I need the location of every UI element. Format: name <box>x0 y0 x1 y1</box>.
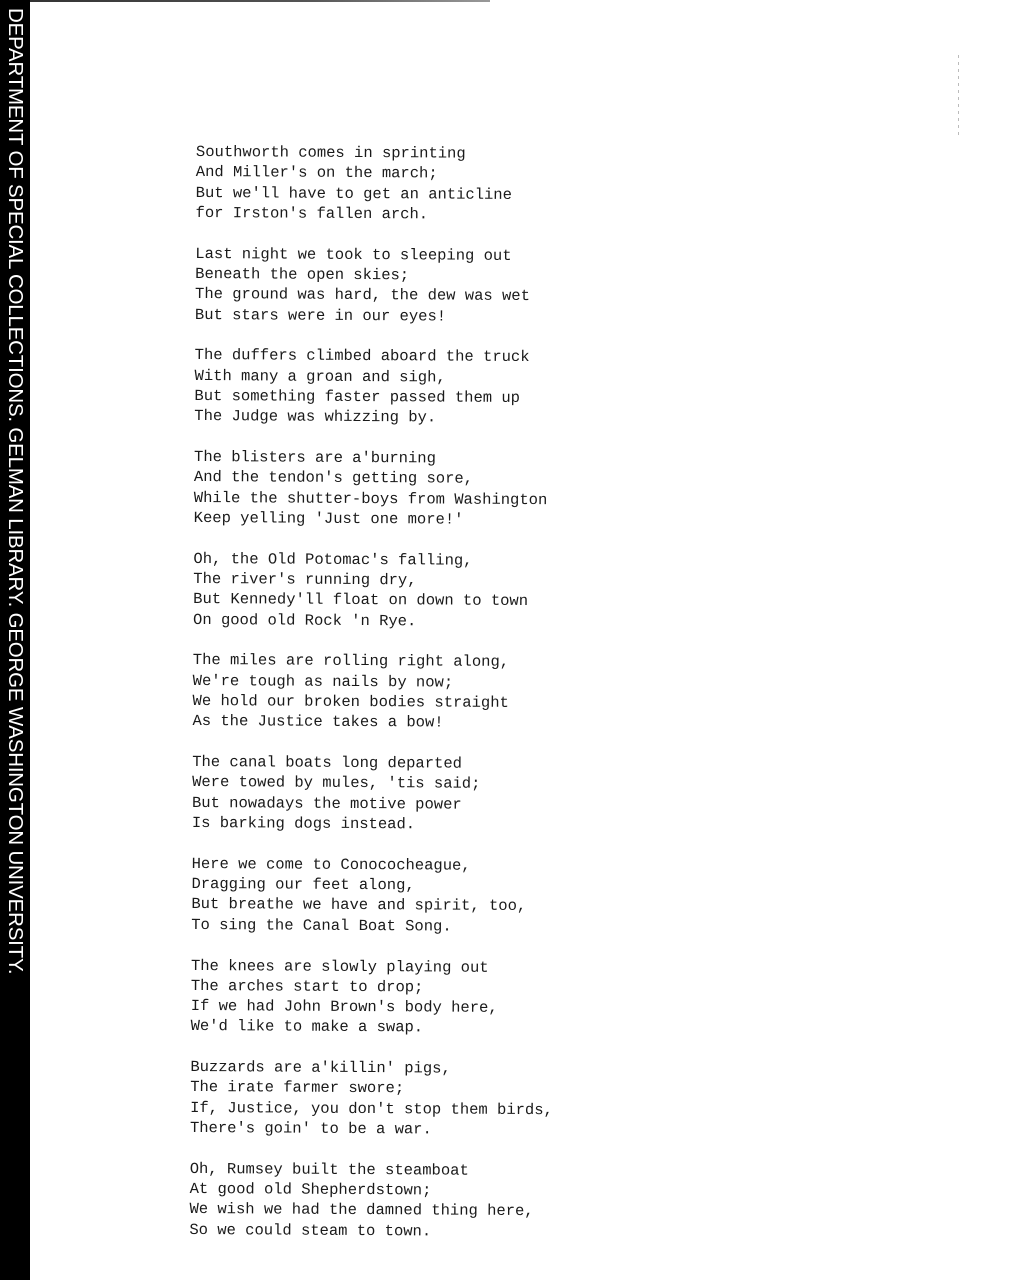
poem-line: Last night we took to sleeping out <box>195 244 558 267</box>
stanza: Oh, the Old Potomac's falling,The river'… <box>193 549 556 632</box>
poem-line: But something faster passed them up <box>194 386 557 409</box>
poem-line: Dragging our feet along, <box>191 874 554 897</box>
stanza: Oh, Rumsey built the steamboatAt good ol… <box>189 1159 552 1242</box>
poem-line: And the tendon's getting sore, <box>194 467 557 490</box>
stanza: Last night we took to sleeping outBeneat… <box>195 244 558 327</box>
poem-line: At good old Shepherdstown; <box>190 1179 553 1202</box>
scan-edge-rule <box>30 0 490 2</box>
poem-body: Southworth comes in sprintingAnd Miller'… <box>189 142 559 1263</box>
poem-line: The miles are rolling right along, <box>193 650 556 673</box>
poem-line: The Judge was whizzing by. <box>194 406 557 429</box>
poem-line: But Kennedy'll float on down to town <box>193 589 556 612</box>
poem-line: The river's running dry, <box>193 569 556 592</box>
poem-line: With many a groan and sigh, <box>195 366 558 389</box>
poem-line: On good old Rock 'n Rye. <box>193 610 556 633</box>
poem-line: Here we come to Conococheague, <box>192 854 555 877</box>
poem-line: To sing the Canal Boat Song. <box>191 915 554 938</box>
archive-label: DEPARTMENT OF SPECIAL COLLECTIONS. GELMA… <box>1 8 29 974</box>
poem-line: Is barking dogs instead. <box>192 813 555 836</box>
archive-sidebar: DEPARTMENT OF SPECIAL COLLECTIONS. GELMA… <box>0 0 30 1280</box>
poem-line: Were towed by mules, 'tis said; <box>192 772 555 795</box>
poem-line: While the shutter-boys from Washington <box>194 488 557 511</box>
stanza: Buzzards are a'killin' pigs,The irate fa… <box>190 1057 553 1140</box>
poem-line: But breathe we have and spirit, too, <box>191 894 554 917</box>
stanza: Here we come to Conococheague,Dragging o… <box>191 854 554 937</box>
poem-line: The irate farmer swore; <box>190 1077 553 1100</box>
poem-line: We hold our broken bodies straight <box>193 691 556 714</box>
poem-line: Buzzards are a'killin' pigs, <box>190 1057 553 1080</box>
poem-line: Beneath the open skies; <box>195 264 558 287</box>
poem-line: The duffers climbed aboard the truck <box>195 345 558 368</box>
stanza: The miles are rolling right along,We're … <box>192 650 555 733</box>
poem-line: Oh, Rumsey built the steamboat <box>190 1159 553 1182</box>
poem-line: There's goin' to be a war. <box>190 1118 553 1141</box>
stanza: The canal boats long departedWere towed … <box>192 752 555 835</box>
stanza: The knees are slowly playing outThe arch… <box>191 955 554 1038</box>
poem-line: Southworth comes in sprinting <box>196 142 559 165</box>
stanza: The blisters are a'burningAnd the tendon… <box>194 447 557 530</box>
poem-line: But nowadays the motive power <box>192 793 555 816</box>
poem-line: We'd like to make a swap. <box>191 1016 554 1039</box>
poem-line: If we had John Brown's body here, <box>191 996 554 1019</box>
scan-margin-mark <box>958 55 959 135</box>
stanza: Southworth comes in sprintingAnd Miller'… <box>196 142 559 225</box>
poem-line: The ground was hard, the dew was wet <box>195 284 558 307</box>
stanza: The duffers climbed aboard the truckWith… <box>194 345 557 428</box>
poem-line: for Irston's fallen arch. <box>196 203 559 226</box>
poem-line: The arches start to drop; <box>191 976 554 999</box>
poem-line: And Miller's on the march; <box>196 162 559 185</box>
poem-line: So we could steam to town. <box>189 1220 552 1243</box>
poem-line: As the Justice takes a bow! <box>192 711 555 734</box>
poem-line: The canal boats long departed <box>192 752 555 775</box>
poem-line: The blisters are a'burning <box>194 447 557 470</box>
poem-line: We wish we had the damned thing here, <box>189 1199 552 1222</box>
poem-line: If, Justice, you don't stop them birds, <box>190 1098 553 1121</box>
poem-line: But stars were in our eyes! <box>195 305 558 328</box>
poem-line: Keep yelling 'Just one more!' <box>194 508 557 531</box>
poem-line: We're tough as nails by now; <box>193 671 556 694</box>
poem-line: The knees are slowly playing out <box>191 955 554 978</box>
poem-line: Oh, the Old Potomac's falling, <box>193 549 556 572</box>
poem-line: But we'll have to get an anticline <box>196 183 559 206</box>
